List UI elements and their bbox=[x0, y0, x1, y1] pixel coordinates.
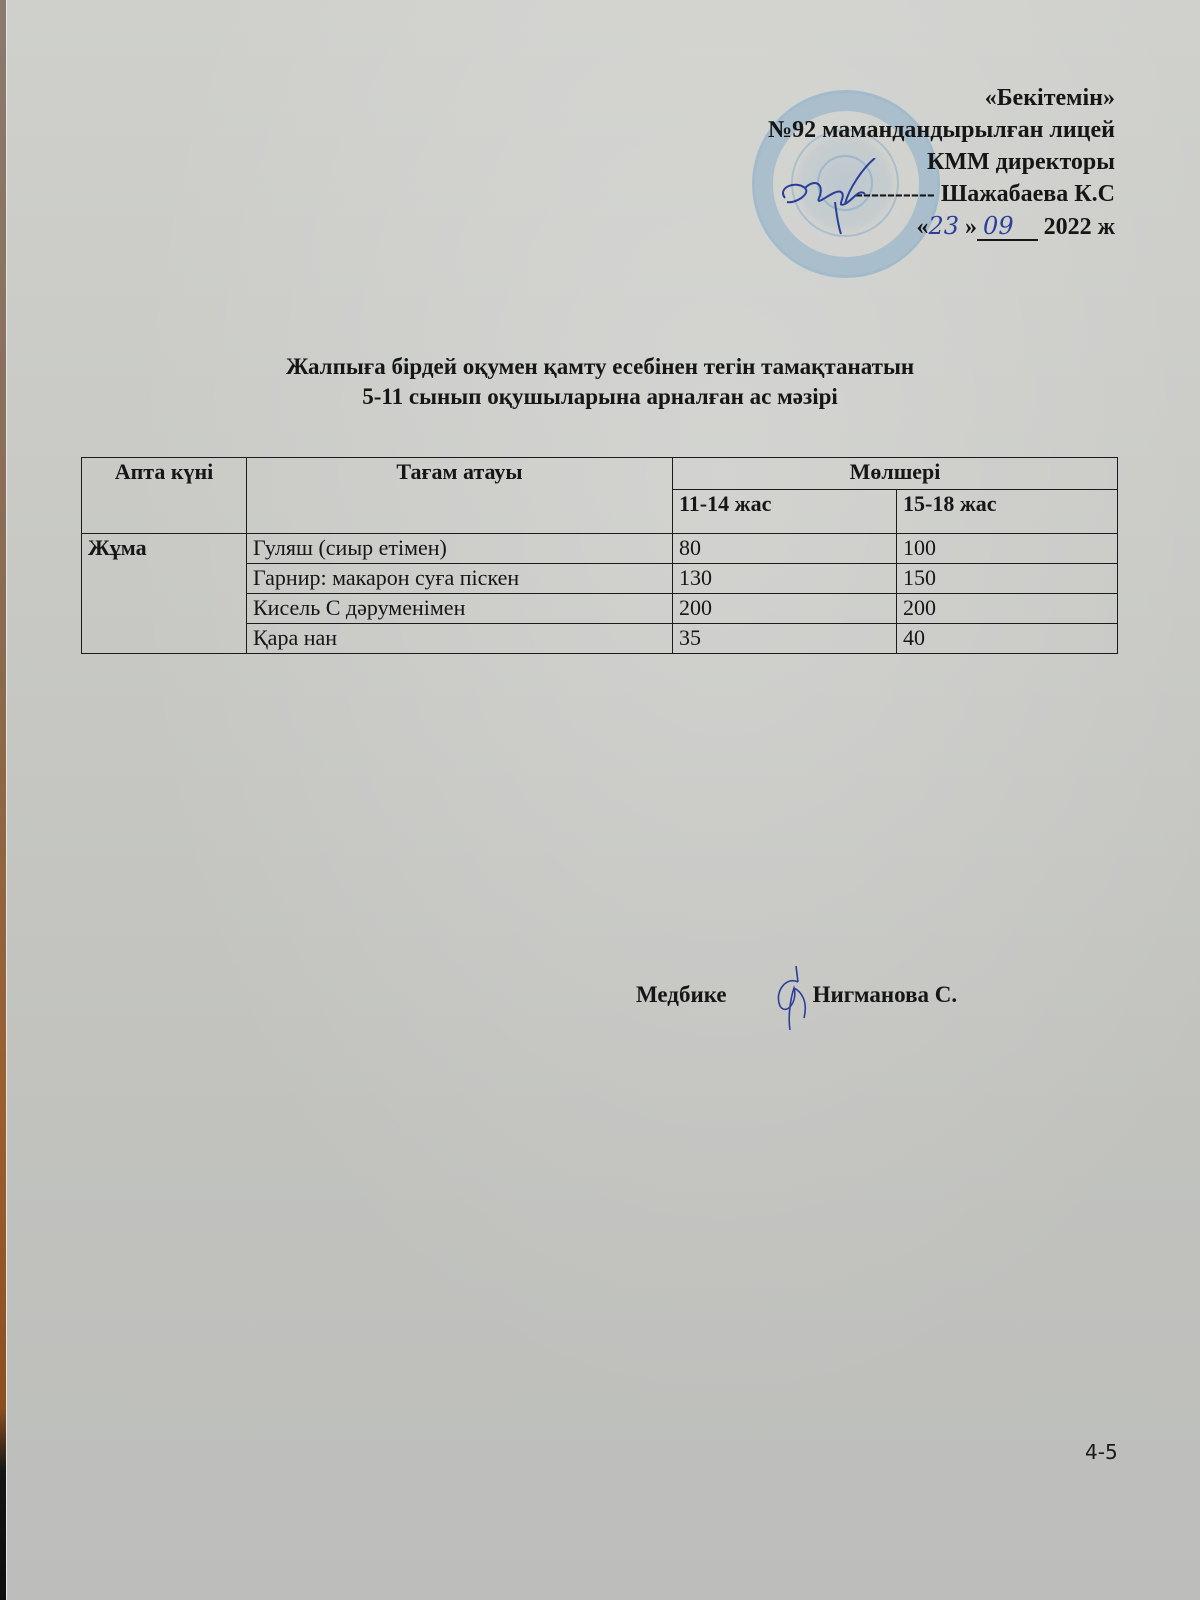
header-age-group-2: 15-18 жас bbox=[897, 490, 1118, 534]
date-close-quote: » bbox=[959, 214, 977, 240]
director-signature bbox=[775, 158, 895, 238]
amount-11-14-cell: 80 bbox=[673, 534, 897, 564]
date-month: 09 bbox=[983, 212, 1014, 240]
table-row: Жұма Гуляш (сиыр етімен) 80 100 bbox=[82, 534, 1118, 564]
dish-cell: Гарнир: макарон суға піскен bbox=[247, 564, 673, 594]
header-row-1: Апта күні Тағам атауы Мөлшері bbox=[82, 458, 1118, 490]
dish-cell: Қара нан bbox=[247, 624, 673, 654]
date-year: 2022 ж bbox=[1038, 214, 1115, 240]
title-line-1: Жалпыға бірдей оқумен қамту есебінен тег… bbox=[0, 352, 1200, 382]
document-title: Жалпыға бірдей оқумен қамту есебінен тег… bbox=[0, 352, 1200, 412]
amount-15-18-cell: 40 bbox=[897, 624, 1118, 654]
header-amount: Мөлшері bbox=[673, 458, 1118, 490]
header-age-group-1: 11-14 жас bbox=[673, 490, 897, 534]
amount-15-18-cell: 150 bbox=[897, 564, 1118, 594]
nurse-name: Нигманова С. bbox=[813, 982, 958, 1007]
title-line-2: 5-11 сынып оқушыларына арналған ас мәзір… bbox=[0, 382, 1200, 412]
menu-table: Апта күні Тағам атауы Мөлшері 11-14 жас … bbox=[81, 457, 1118, 654]
page-number: 4-5 bbox=[1085, 1440, 1118, 1464]
header-day: Апта күні bbox=[82, 458, 247, 534]
date-month-field: 09 bbox=[977, 214, 1038, 241]
day-cell: Жұма bbox=[82, 534, 247, 654]
amount-11-14-cell: 130 bbox=[673, 564, 897, 594]
dish-cell: Гуляш (сиыр етімен) bbox=[247, 534, 673, 564]
dish-cell: Кисель С дәруменімен bbox=[247, 594, 673, 624]
amount-11-14-cell: 35 bbox=[673, 624, 897, 654]
nurse-signature bbox=[768, 962, 818, 1032]
amount-11-14-cell: 200 bbox=[673, 594, 897, 624]
approval-institution: №92 мамандандырылған лицей bbox=[768, 114, 1115, 146]
date-open-quote: « bbox=[917, 214, 929, 240]
header-dish: Тағам атауы bbox=[247, 458, 673, 534]
amount-15-18-cell: 200 bbox=[897, 594, 1118, 624]
date-day: 23 bbox=[929, 212, 960, 240]
approval-heading: «Бекітемін» bbox=[768, 82, 1115, 114]
amount-15-18-cell: 100 bbox=[897, 534, 1118, 564]
nurse-role: Медбике bbox=[636, 982, 727, 1007]
